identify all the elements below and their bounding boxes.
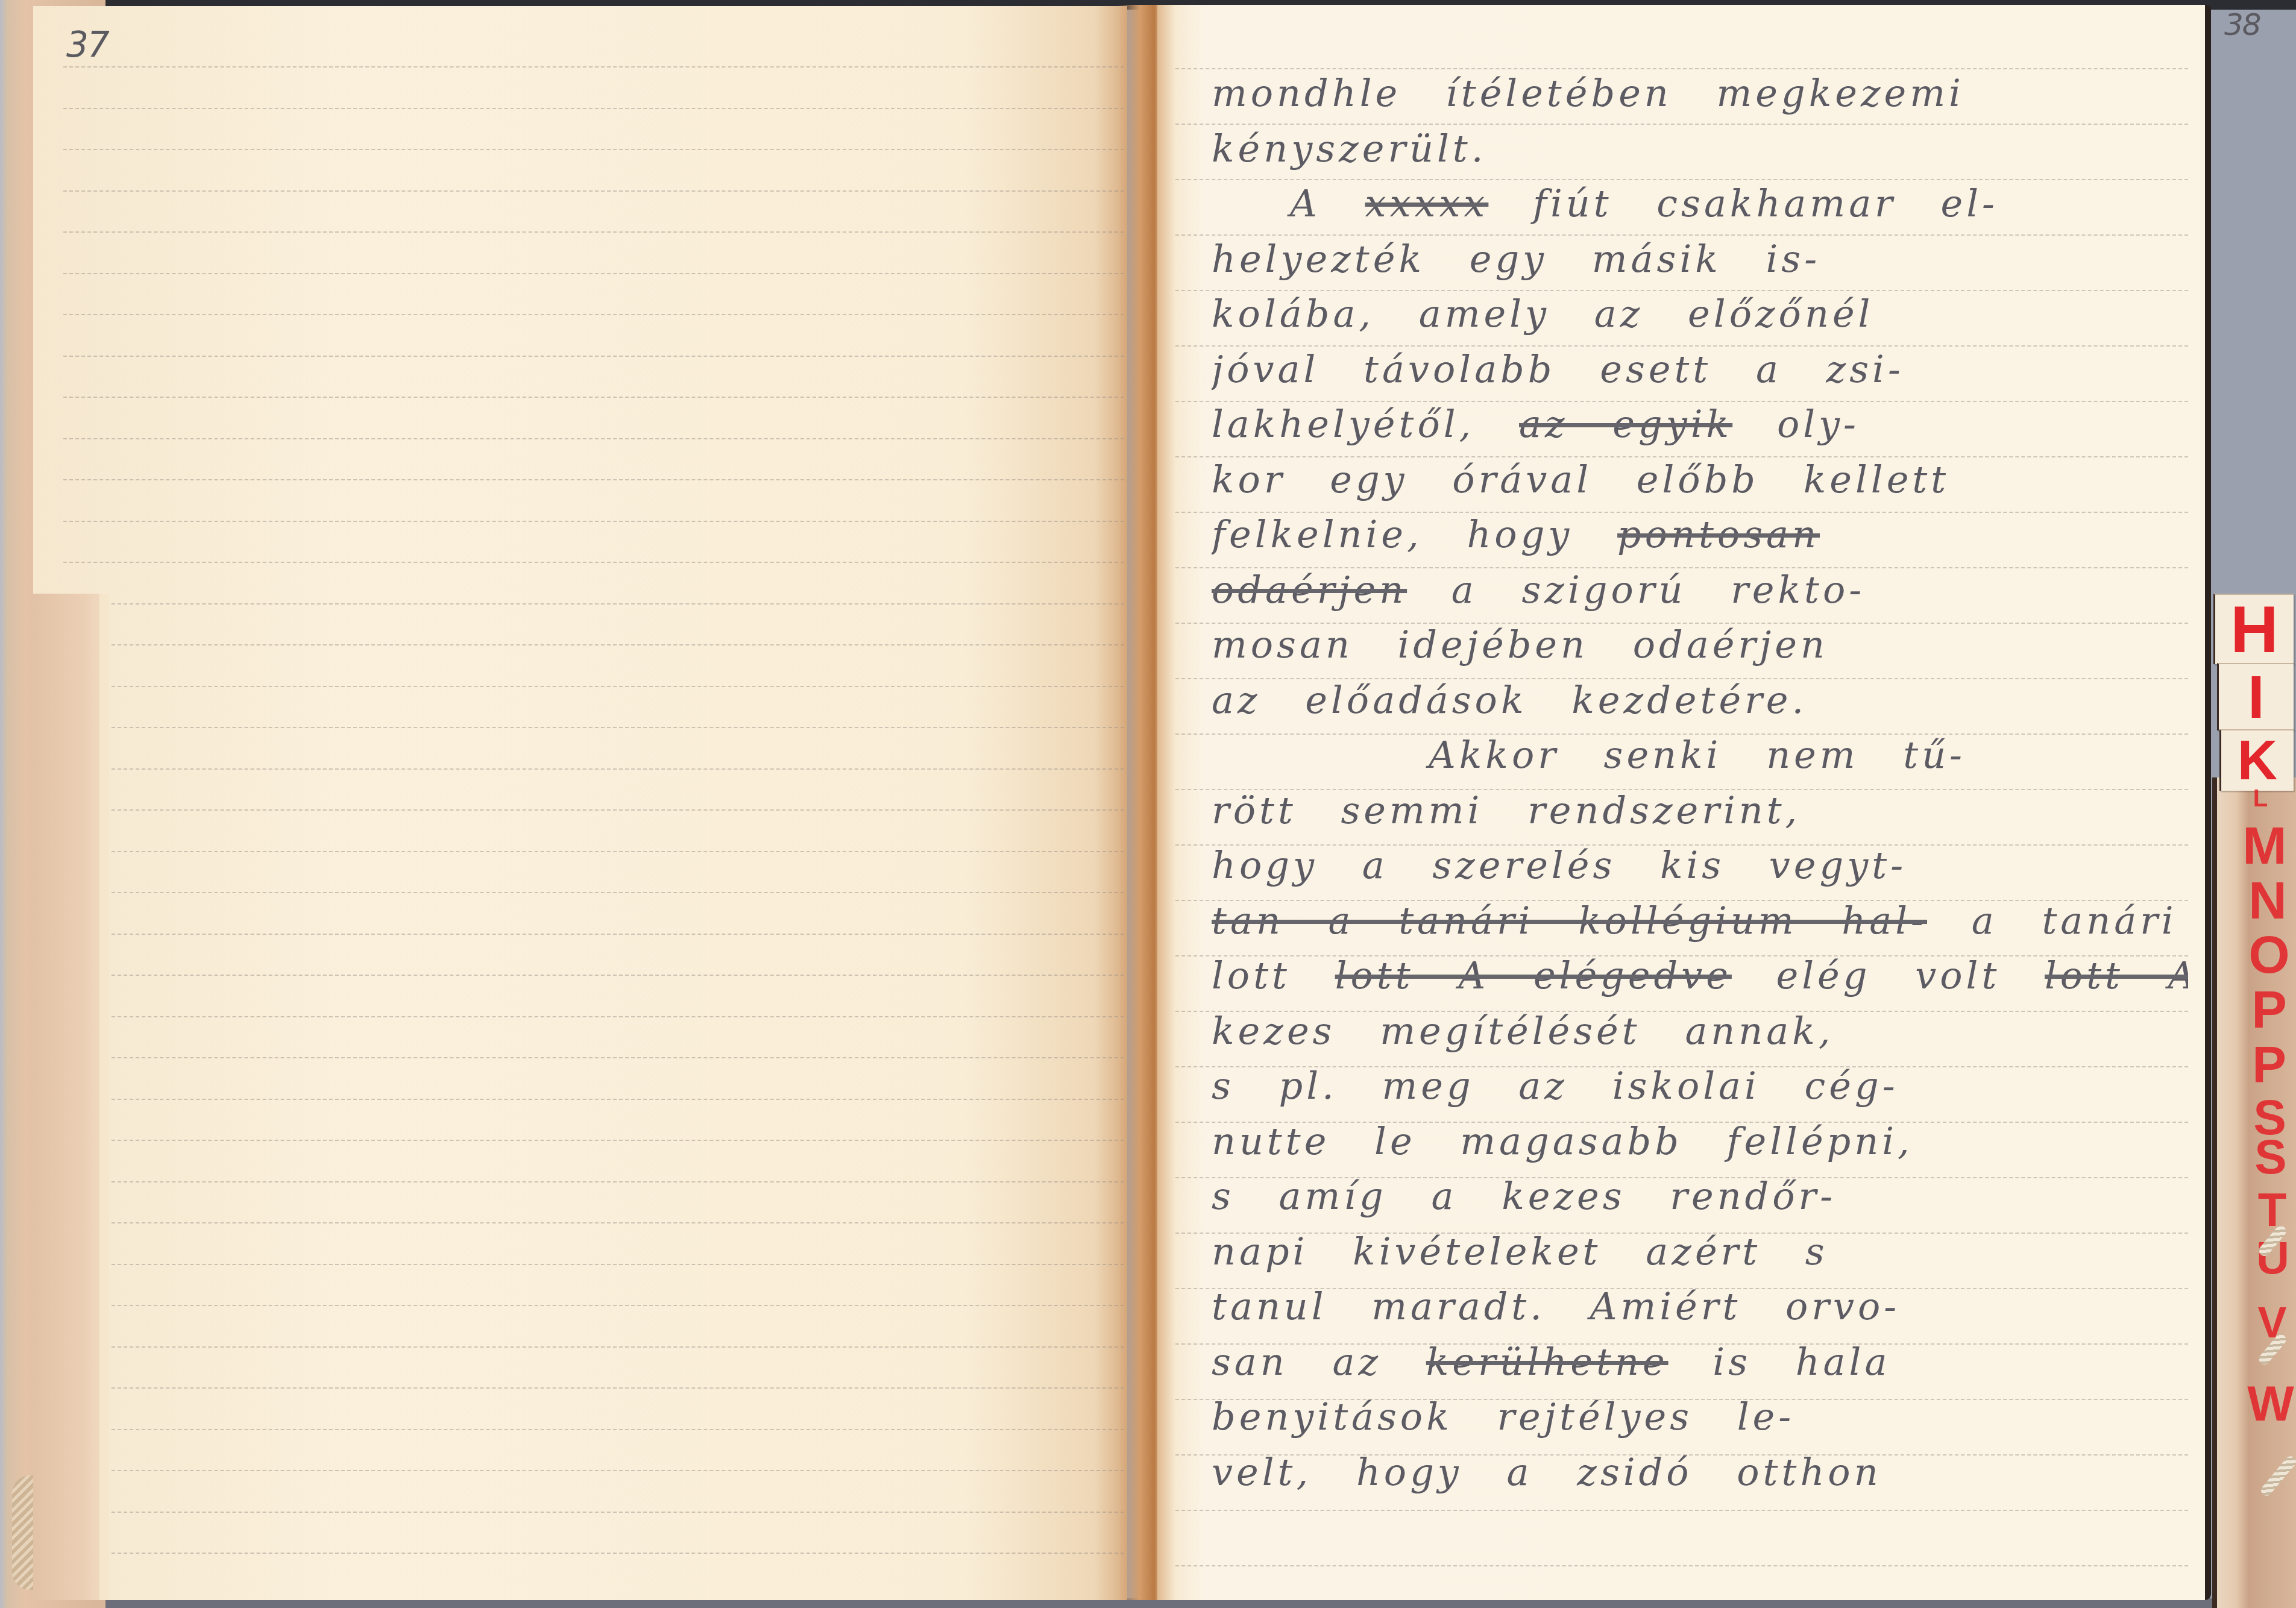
ruled-line [112,727,1124,728]
left-page [33,6,1127,1600]
handwritten-word-group: a tanári kollégium hal- [1927,899,2188,943]
ruled-line [63,356,1124,357]
ruled-line [112,1140,1124,1141]
index-tab-w[interactable]: W [2245,1380,2296,1428]
handwritten-word-group: velt, hogy a zsidó otthon [1212,1450,1882,1494]
ruled-line [112,644,1124,645]
handwritten-line: napi kivételeket azért s [1212,1230,2188,1274]
handwritten-line: s amíg a kezes rendőr- [1212,1174,2188,1218]
ruled-line [112,1016,1124,1017]
ruled-line [112,1305,1124,1306]
handwritten-line: az előadások kezdetére. [1212,678,2188,722]
handwritten-word-group: hogy a szerelés kis vegyt- [1212,843,1907,887]
handwritten-word-group: lakhelyétől, [1212,402,1519,446]
ruled-line [112,686,1124,687]
index-tab-v[interactable]: V [2248,1302,2296,1344]
ruled-line [112,975,1124,976]
handwritten-word-group: kor egy órával előbb kellett [1212,457,1949,501]
ruled-line [63,314,1124,315]
handwritten-line: kényszerült. [1212,127,2188,171]
handwritten-line: nutte le magasabb fellépni, [1212,1119,2188,1163]
struck-through-text: pontosan [1617,512,1820,556]
handwritten-word-group: kényszerült. [1212,127,1486,171]
handwritten-line: kolába, amely az előzőnél [1212,292,2188,336]
struck-through-text: kerülhetne [1426,1340,1669,1384]
handwritten-line: kor egy órával előbb kellett [1212,457,2188,501]
index-tab-s[interactable]: S [2245,1133,2296,1181]
handwritten-word-group: oly- [1732,402,1860,446]
handwritten-word-group: mondhle ítéletében megkezemi [1212,71,1964,115]
ruled-line [63,479,1124,480]
ruled-line [112,603,1124,605]
page-cutout [33,594,105,1600]
handwritten-word-group: jóval távolabb esett a zsi- [1212,347,1904,391]
ruled-line [112,1512,1124,1513]
struck-through-text: lott A elégedve [1335,953,1732,997]
handwritten-word-group: nutte le magasabb fellépni, [1212,1119,1913,1163]
handwritten-word-group: Akkor senki nem tű- [1429,733,1966,777]
ruled-line [1175,1510,2188,1511]
handwritten-word-group: napi kivételeket azért s [1212,1230,1828,1274]
ruled-line [63,190,1124,192]
handwritten-word-group: kezes megítélését annak, [1212,1009,1834,1053]
ruled-line [112,1346,1124,1348]
ruled-line [112,934,1124,935]
handwritten-word-group: s amíg a kezes rendőr- [1212,1174,1836,1218]
ruled-line [63,397,1124,398]
index-tab-h[interactable]: H [2213,594,2294,664]
ruled-line [112,851,1124,852]
handwritten-line: velt, hogy a zsidó otthon [1212,1450,2188,1494]
handwritten-word-group: felkelnie, hogy [1212,512,1617,556]
handwritten-word-group: kolába, amely az előzőnél [1212,292,1873,336]
ruled-line [1175,179,2188,180]
index-tab-m[interactable]: M [2233,820,2296,871]
handwritten-word-group: san az [1212,1340,1426,1384]
ruled-line [112,1264,1124,1265]
ruled-line [112,809,1124,811]
ruled-line [63,273,1124,274]
handwritten-line: s pl. meg az iskolai cég- [1212,1064,2188,1108]
ruled-line [63,149,1124,150]
handwritten-line: kezes megítélését annak, [1212,1009,2188,1053]
ruled-line [1175,1565,2188,1566]
handwritten-word-group: lott [1212,953,1335,997]
handwritten-line: lott lott A elégedve elég volt lott A el… [1212,953,2188,997]
ruled-line [112,1429,1124,1430]
handwritten-word-group: fiút csakhamar el- [1488,181,1998,225]
page-number-right: 38 [2224,7,2260,42]
handwritten-word-group: a szigorú rekto- [1407,568,1865,612]
handwritten-line: mosan idejében odaérjen [1212,623,2188,667]
struck-through-text: tan a tanári kollégium hal- [1212,899,1927,943]
ruled-line [1175,290,2188,291]
ruled-line [1175,124,2188,125]
handwritten-word-group: benyitások rejtélyes le- [1212,1395,1794,1439]
index-tab-k[interactable]: K [2219,729,2294,791]
index-tab-p[interactable]: P [2242,982,2296,1037]
ruled-line [112,1553,1124,1554]
handwritten-line: A xxxxx fiút csakhamar el- [1212,181,2266,225]
index-tab-n[interactable]: N [2239,874,2296,927]
handwritten-line: helyezték egy másik is- [1212,237,2188,281]
ruled-line [112,1181,1124,1182]
struck-through-text: lott A elégedve [2045,953,2188,997]
handwritten-line: tanul maradt. Amiért orvo- [1212,1284,2188,1328]
ruled-line [112,892,1124,893]
handwritten-word-group: s pl. meg az iskolai cég- [1212,1064,1899,1108]
handwritten-word-group: tanul maradt. Amiért orvo- [1212,1284,1900,1328]
index-tabs: HIKLMNOPPSSTUVW [2206,579,2296,1603]
ruled-line [1175,68,2188,69]
handwritten-word-group: az előadások kezdetére. [1212,678,1807,722]
ruled-line [63,66,1124,68]
index-tab-i[interactable]: I [2217,663,2294,730]
handwritten-line: jóval távolabb esett a zsi- [1212,347,2188,391]
handwritten-line: hogy a szerelés kis vegyt- [1212,843,2188,887]
handwritten-word-group: helyezték egy másik is- [1212,237,1820,281]
ruled-line [112,1057,1124,1058]
handwritten-line: tan a tanári kollégium hal- a tanári kol… [1212,899,2188,943]
handwritten-word-group: A [1290,181,1365,225]
struck-through-text: xxxxx [1365,181,1488,225]
ruled-line [63,521,1124,522]
handwritten-word-group: rött semmi rendszerint, [1212,788,1801,832]
handwritten-line: odaérjen a szigorú rekto- [1212,568,2188,612]
ruled-line [112,1099,1124,1100]
index-tab-o[interactable]: O [2242,928,2296,981]
page-number-left: 37 [66,24,109,65]
handwritten-line: mondhle ítéletében megkezemi [1212,71,2188,115]
handwritten-line: san az kerülhetne is hala [1212,1340,2188,1384]
ruled-line [112,768,1124,770]
struck-through-text: az egyik [1519,402,1732,446]
handwritten-line: Akkor senki nem tű- [1212,733,2296,777]
ruled-line [63,562,1124,563]
handwritten-line: lakhelyétől, az egyik oly- [1212,402,2188,446]
ruled-line [63,438,1124,439]
struck-through-text: odaérjen [1212,568,1407,612]
page-cutout-edge [99,594,109,1600]
handwritten-word-group: elég volt [1732,953,2045,997]
handwritten-line: rött semmi rendszerint, [1212,788,2188,832]
handwritten-word-group: mosan idejében odaérjen [1212,623,1828,667]
index-tab-t[interactable]: T [2248,1187,2296,1233]
ruled-line [63,231,1124,233]
handwritten-line: benyitások rejtélyes le- [1212,1395,2188,1439]
ruled-line [112,1470,1124,1471]
ruled-line [1175,234,2188,236]
handwritten-line: felkelnie, hogy pontosan [1212,512,2188,556]
ruled-line [112,1387,1124,1389]
ruled-line [63,108,1124,109]
handwritten-word-group: is hala [1669,1340,1891,1384]
index-tab-l[interactable]: L [2230,790,2291,808]
index-tab-p[interactable]: P [2242,1040,2296,1091]
ruled-line [112,1222,1124,1223]
